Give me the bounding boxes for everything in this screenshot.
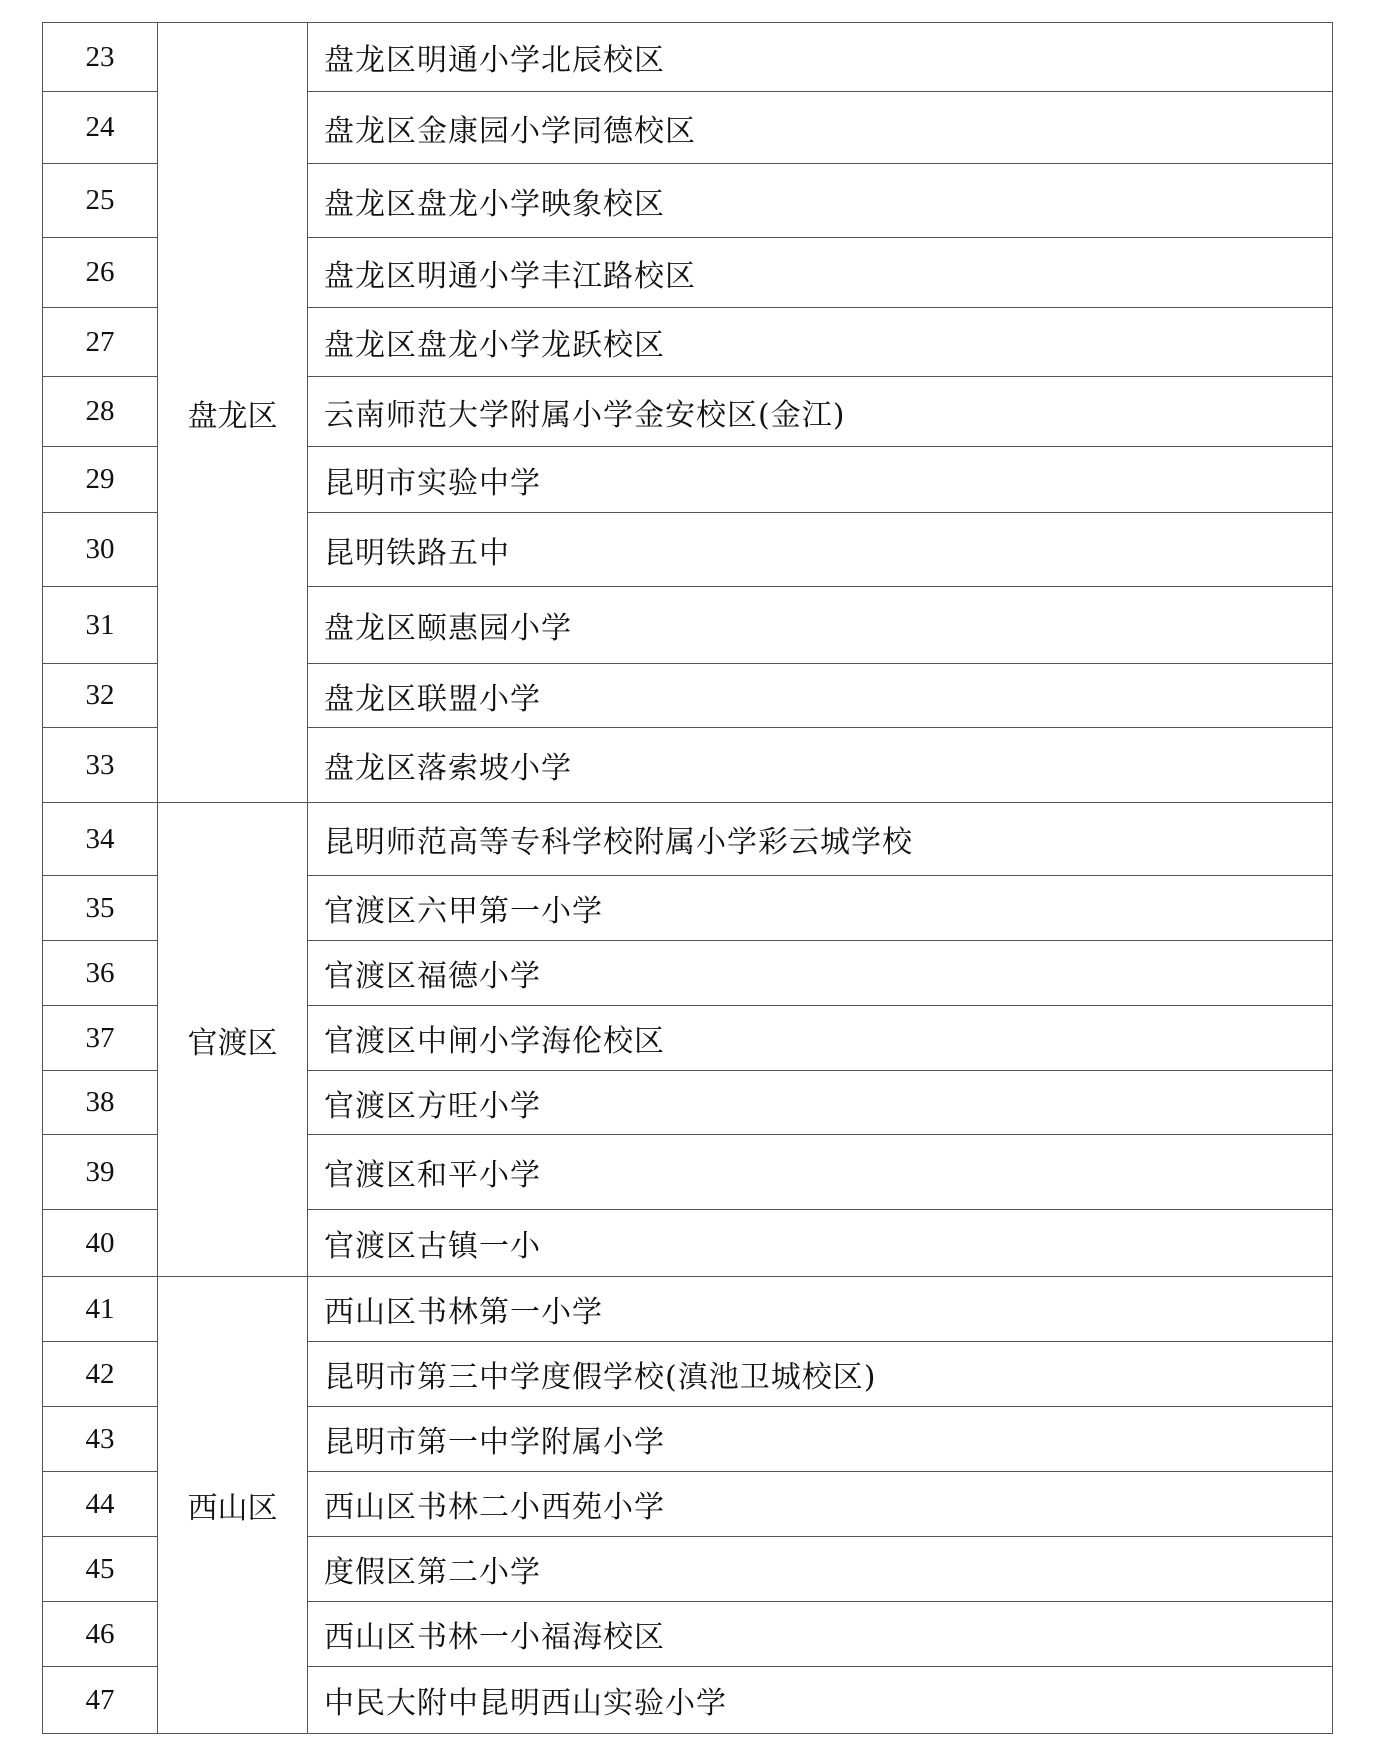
school-name: 官渡区方旺小学 bbox=[308, 1071, 1333, 1135]
row-number: 29 bbox=[43, 447, 158, 513]
row-number: 46 bbox=[43, 1602, 158, 1667]
school-name: 西山区书林一小福海校区 bbox=[308, 1602, 1333, 1667]
school-name: 昆明市第三中学度假学校(滇池卫城校区) bbox=[308, 1342, 1333, 1407]
table-row: 41西山区西山区书林第一小学 bbox=[43, 1277, 1333, 1342]
row-number: 37 bbox=[43, 1006, 158, 1071]
school-name: 昆明市第一中学附属小学 bbox=[308, 1407, 1333, 1472]
school-name: 西山区书林第一小学 bbox=[308, 1277, 1333, 1342]
row-number: 36 bbox=[43, 941, 158, 1006]
row-number: 40 bbox=[43, 1210, 158, 1277]
row-number: 44 bbox=[43, 1472, 158, 1537]
school-name: 西山区书林二小西苑小学 bbox=[308, 1472, 1333, 1537]
row-number: 26 bbox=[43, 238, 158, 308]
school-name: 官渡区六甲第一小学 bbox=[308, 876, 1333, 941]
school-name: 盘龙区盘龙小学龙跃校区 bbox=[308, 308, 1333, 377]
row-number: 38 bbox=[43, 1071, 158, 1135]
table-body: 23盘龙区盘龙区明通小学北辰校区24盘龙区金康园小学同德校区25盘龙区盘龙小学映… bbox=[43, 23, 1333, 1734]
school-name: 盘龙区落索坡小学 bbox=[308, 728, 1333, 803]
row-number: 28 bbox=[43, 377, 158, 447]
school-list-table: 23盘龙区盘龙区明通小学北辰校区24盘龙区金康园小学同德校区25盘龙区盘龙小学映… bbox=[42, 22, 1333, 1734]
row-number: 41 bbox=[43, 1277, 158, 1342]
district-cell: 官渡区 bbox=[158, 803, 308, 1277]
row-number: 33 bbox=[43, 728, 158, 803]
school-name: 盘龙区盘龙小学映象校区 bbox=[308, 164, 1333, 238]
school-name: 盘龙区联盟小学 bbox=[308, 664, 1333, 728]
row-number: 25 bbox=[43, 164, 158, 238]
row-number: 35 bbox=[43, 876, 158, 941]
school-name: 中民大附中昆明西山实验小学 bbox=[308, 1667, 1333, 1734]
row-number: 24 bbox=[43, 92, 158, 164]
school-name: 盘龙区明通小学丰江路校区 bbox=[308, 238, 1333, 308]
row-number: 34 bbox=[43, 803, 158, 876]
school-name: 官渡区和平小学 bbox=[308, 1135, 1333, 1210]
row-number: 27 bbox=[43, 308, 158, 377]
school-name: 度假区第二小学 bbox=[308, 1537, 1333, 1602]
school-name: 官渡区中闸小学海伦校区 bbox=[308, 1006, 1333, 1071]
row-number: 32 bbox=[43, 664, 158, 728]
row-number: 42 bbox=[43, 1342, 158, 1407]
row-number: 31 bbox=[43, 587, 158, 664]
district-cell: 盘龙区 bbox=[158, 23, 308, 803]
row-number: 45 bbox=[43, 1537, 158, 1602]
school-name: 昆明铁路五中 bbox=[308, 513, 1333, 587]
district-cell: 西山区 bbox=[158, 1277, 308, 1734]
table-row: 23盘龙区盘龙区明通小学北辰校区 bbox=[43, 23, 1333, 92]
row-number: 39 bbox=[43, 1135, 158, 1210]
school-name: 昆明师范高等专科学校附属小学彩云城学校 bbox=[308, 803, 1333, 876]
school-name: 昆明市实验中学 bbox=[308, 447, 1333, 513]
school-name: 盘龙区明通小学北辰校区 bbox=[308, 23, 1333, 92]
school-name: 云南师范大学附属小学金安校区(金江) bbox=[308, 377, 1333, 447]
row-number: 47 bbox=[43, 1667, 158, 1734]
school-name: 官渡区古镇一小 bbox=[308, 1210, 1333, 1277]
school-name: 盘龙区颐惠园小学 bbox=[308, 587, 1333, 664]
school-name: 盘龙区金康园小学同德校区 bbox=[308, 92, 1333, 164]
row-number: 30 bbox=[43, 513, 158, 587]
table-row: 34官渡区昆明师范高等专科学校附属小学彩云城学校 bbox=[43, 803, 1333, 876]
school-name: 官渡区福德小学 bbox=[308, 941, 1333, 1006]
row-number: 23 bbox=[43, 23, 158, 92]
row-number: 43 bbox=[43, 1407, 158, 1472]
